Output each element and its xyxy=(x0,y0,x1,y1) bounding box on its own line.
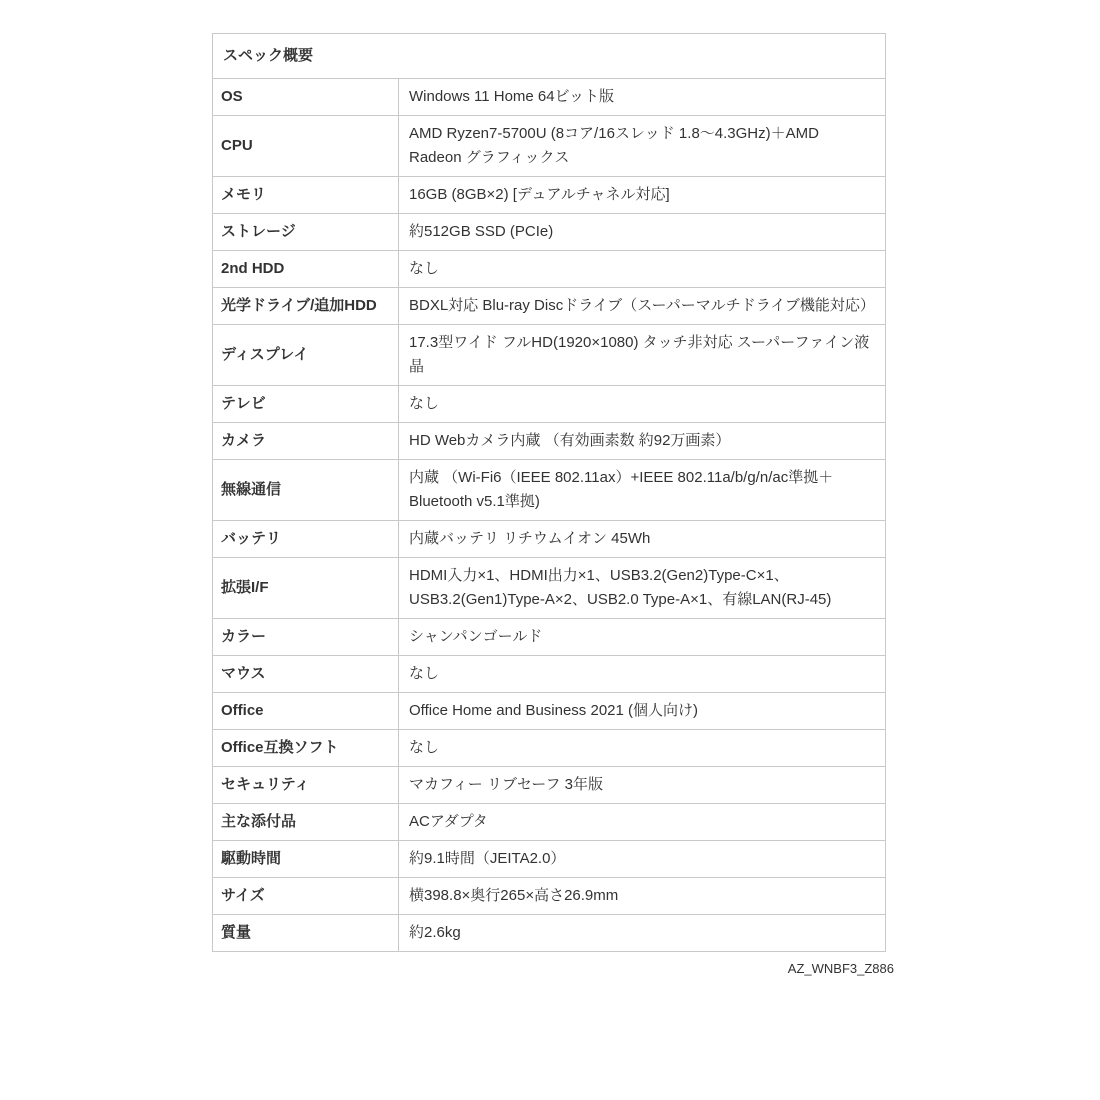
spec-row-battery-life: 駆動時間 約9.1時間（JEITA2.0） xyxy=(213,841,886,878)
spec-label: 光学ドライブ/追加HDD xyxy=(213,288,399,325)
spec-row-wireless: 無線通信 内蔵 （Wi-Fi6（IEEE 802.11ax）+IEEE 802.… xyxy=(213,460,886,521)
spec-label: カラー xyxy=(213,619,399,656)
spec-value: シャンパンゴールド xyxy=(399,619,886,656)
spec-row-os: OS Windows 11 Home 64ビット版 xyxy=(213,79,886,116)
spec-table-header-row: スペック概要 xyxy=(213,34,886,79)
spec-value: 17.3型ワイド フルHD(1920×1080) タッチ非対応 スーパーファイン… xyxy=(399,325,886,386)
spec-row-expansion-if: 拡張I/F HDMI入力×1、HDMI出力×1、USB3.2(Gen2)Type… xyxy=(213,558,886,619)
spec-value: 約512GB SSD (PCIe) xyxy=(399,214,886,251)
spec-label: 駆動時間 xyxy=(213,841,399,878)
spec-label: メモリ xyxy=(213,177,399,214)
spec-row-security: セキュリティ マカフィー リブセーフ 3年版 xyxy=(213,767,886,804)
spec-row-optical-drive-hdd: 光学ドライブ/追加HDD BDXL対応 Blu-ray Discドライブ（スーパ… xyxy=(213,288,886,325)
spec-label: セキュリティ xyxy=(213,767,399,804)
spec-label: Office xyxy=(213,693,399,730)
spec-value: 16GB (8GB×2) [デュアルチャネル対応] xyxy=(399,177,886,214)
spec-row-size: サイズ 横398.8×奥行265×高さ26.9mm xyxy=(213,878,886,915)
spec-row-office-compat: Office互換ソフト なし xyxy=(213,730,886,767)
spec-value: 内蔵バッテリ リチウムイオン 45Wh xyxy=(399,521,886,558)
spec-label: ディスプレイ xyxy=(213,325,399,386)
spec-label: ストレージ xyxy=(213,214,399,251)
spec-value: Office Home and Business 2021 (個人向け) xyxy=(399,693,886,730)
spec-row-mouse: マウス なし xyxy=(213,656,886,693)
spec-label: 拡張I/F xyxy=(213,558,399,619)
spec-label: 無線通信 xyxy=(213,460,399,521)
spec-value: ACアダプタ xyxy=(399,804,886,841)
spec-label: マウス xyxy=(213,656,399,693)
product-code: AZ_WNBF3_Z886 xyxy=(212,952,894,976)
spec-label: OS xyxy=(213,79,399,116)
spec-table: スペック概要 OS Windows 11 Home 64ビット版 CPU AMD… xyxy=(212,33,886,952)
spec-value: なし xyxy=(399,730,886,767)
spec-value: HDMI入力×1、HDMI出力×1、USB3.2(Gen2)Type-C×1、U… xyxy=(399,558,886,619)
spec-row-display: ディスプレイ 17.3型ワイド フルHD(1920×1080) タッチ非対応 ス… xyxy=(213,325,886,386)
spec-row-cpu: CPU AMD Ryzen7-5700U (8コア/16スレッド 1.8～4.3… xyxy=(213,116,886,177)
spec-value: マカフィー リブセーフ 3年版 xyxy=(399,767,886,804)
spec-row-accessories: 主な添付品 ACアダプタ xyxy=(213,804,886,841)
spec-row-office: Office Office Home and Business 2021 (個人… xyxy=(213,693,886,730)
spec-table-title: スペック概要 xyxy=(213,34,886,79)
spec-row-tv: テレビ なし xyxy=(213,386,886,423)
spec-value: AMD Ryzen7-5700U (8コア/16スレッド 1.8～4.3GHz)… xyxy=(399,116,886,177)
spec-row-storage: ストレージ 約512GB SSD (PCIe) xyxy=(213,214,886,251)
spec-section: スペック概要 OS Windows 11 Home 64ビット版 CPU AMD… xyxy=(212,33,886,976)
spec-row-battery: バッテリ 内蔵バッテリ リチウムイオン 45Wh xyxy=(213,521,886,558)
spec-value: なし xyxy=(399,251,886,288)
spec-row-weight: 質量 約2.6kg xyxy=(213,915,886,952)
spec-label: 2nd HDD xyxy=(213,251,399,288)
spec-row-camera: カメラ HD Webカメラ内蔵 （有効画素数 約92万画素） xyxy=(213,423,886,460)
spec-value: なし xyxy=(399,386,886,423)
spec-label: カメラ xyxy=(213,423,399,460)
spec-value: 約2.6kg xyxy=(399,915,886,952)
spec-value: 約9.1時間（JEITA2.0） xyxy=(399,841,886,878)
spec-label: テレビ xyxy=(213,386,399,423)
spec-label: サイズ xyxy=(213,878,399,915)
spec-value: 横398.8×奥行265×高さ26.9mm xyxy=(399,878,886,915)
spec-label: 質量 xyxy=(213,915,399,952)
spec-row-second-hdd: 2nd HDD なし xyxy=(213,251,886,288)
spec-value: BDXL対応 Blu-ray Discドライブ（スーパーマルチドライブ機能対応） xyxy=(399,288,886,325)
spec-value: なし xyxy=(399,656,886,693)
spec-value: 内蔵 （Wi-Fi6（IEEE 802.11ax）+IEEE 802.11a/b… xyxy=(399,460,886,521)
spec-label: バッテリ xyxy=(213,521,399,558)
spec-label: Office互換ソフト xyxy=(213,730,399,767)
spec-value: Windows 11 Home 64ビット版 xyxy=(399,79,886,116)
spec-value: HD Webカメラ内蔵 （有効画素数 約92万画素） xyxy=(399,423,886,460)
spec-label: 主な添付品 xyxy=(213,804,399,841)
spec-row-color: カラー シャンパンゴールド xyxy=(213,619,886,656)
spec-row-memory: メモリ 16GB (8GB×2) [デュアルチャネル対応] xyxy=(213,177,886,214)
spec-label: CPU xyxy=(213,116,399,177)
page: スペック概要 OS Windows 11 Home 64ビット版 CPU AMD… xyxy=(0,0,1100,1100)
